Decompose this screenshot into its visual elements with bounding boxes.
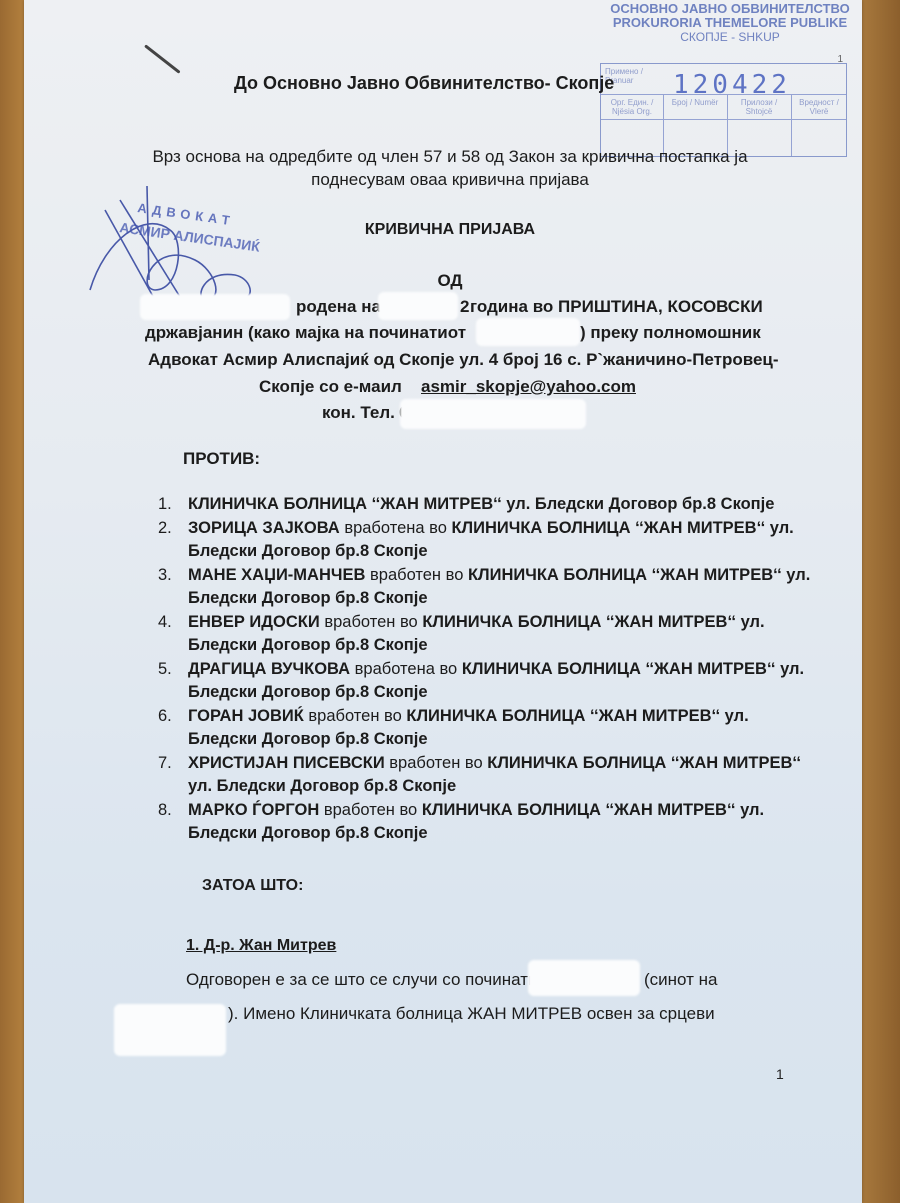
page-number: 1 xyxy=(776,1066,784,1082)
section-1-line-2: ). Имено Клиничката болница ЖАН МИТРЕВ о… xyxy=(228,1004,715,1024)
lawyer-address: Адвокат Асмир Алиспајиќ од Скопје ул. 4 … xyxy=(148,350,779,370)
defendant-name: МАНЕ ХАЏИ-МАНЧЕВ xyxy=(188,566,365,584)
redaction-parent-name xyxy=(114,1004,226,1056)
redaction-birthdate xyxy=(378,292,458,320)
complainant-relation: државјанин (како мајка на починатиот xyxy=(145,323,466,343)
email-prefix: Скопје со е-маил xyxy=(259,377,402,397)
section-1-line-1-end: (синот на xyxy=(644,970,717,990)
intro-line-2: поднесувам оваа кривична пријава xyxy=(0,170,900,190)
stamp-line-3: СКОПЈЕ - SHKUP xyxy=(600,30,860,44)
complainant-year-digit: 2 xyxy=(460,297,469,317)
list-item: 3. МАНЕ ХАЏИ-МАНЧЕВ вработен во КЛИНИЧКА… xyxy=(158,564,818,611)
defendant-name: ХРИСТИЈАН ПИСЕВСКИ xyxy=(188,754,385,772)
defendant-name: ГОРАН ЈОВИЌ xyxy=(188,707,304,725)
stamp-col-1: Орг. Един. / Njësia Org. xyxy=(603,98,661,116)
list-item: 7. ХРИСТИЈАН ПИСЕВСКИ вработен во КЛИНИЧ… xyxy=(158,752,818,799)
redaction-deceased-name xyxy=(476,318,580,346)
addressee: До Основно Јавно Обвинителство- Скопје xyxy=(234,73,614,94)
stamp-date: 120422 xyxy=(673,70,791,100)
against-label: ПРОТИВ: xyxy=(183,449,260,469)
prosecutor-stamp-header: ОСНОВНО ЈАВНО ОБВИНИТЕЛСТВО PROKURORIA T… xyxy=(600,2,860,44)
list-item: 4. ЕНВЕР ИДОСКИ вработен во КЛИНИЧКА БОЛ… xyxy=(158,611,818,658)
list-item: 1. КЛИНИЧКА БОЛНИЦА ‘‘ЖАН МИТРЕВ‘‘ ул. Б… xyxy=(158,493,818,517)
stamp-col-3: Прилози / Shtojcë xyxy=(729,98,789,116)
redaction-name xyxy=(140,294,290,320)
document-title: КРИВИЧНА ПРИЈАВА xyxy=(0,221,900,239)
defendant-name: ЗОРИЦА ЗАЈКОВА xyxy=(188,519,340,537)
list-item: 2. ЗОРИЦА ЗАЈКОВА вработена во КЛИНИЧКА … xyxy=(158,517,818,564)
stamp-col-4: Вредност / Vlerë xyxy=(793,98,845,116)
complainant-birthplace: година во ПРИШТИНА, КОСОВСКИ xyxy=(470,297,763,317)
email-link[interactable]: asmir_skopje@yahoo.com xyxy=(421,377,636,397)
received-stamp-box: 1 Примено / Pranuar 120422 Орг. Един. / … xyxy=(600,63,847,157)
redaction-phone xyxy=(400,399,586,429)
list-item: 5. ДРАГИЦА ВУЧКОВА вработена во КЛИНИЧКА… xyxy=(158,658,818,705)
because-label: ЗАТОА ШТО: xyxy=(202,877,303,895)
list-item: 8. МАРКО ЃОРГОН вработен во КЛИНИЧКА БОЛ… xyxy=(158,799,818,846)
defendant-name: КЛИНИЧКА БОЛНИЦА ‘‘ЖАН МИТРЕВ‘‘ ул. Блед… xyxy=(188,493,818,517)
intro-line-1: Врз основа на одредбите од член 57 и 58 … xyxy=(0,147,900,167)
complainant-born: родена на xyxy=(296,297,381,317)
defendants-list: 1. КЛИНИЧКА БОЛНИЦА ‘‘ЖАН МИТРЕВ‘‘ ул. Б… xyxy=(158,493,818,846)
list-item: 6. ГОРАН ЈОВИЌ вработен во КЛИНИЧКА БОЛН… xyxy=(158,705,818,752)
stamp-line-1: ОСНОВНО ЈАВНО ОБВИНИТЕЛСТВО xyxy=(600,2,860,16)
defendant-name: ЕНВЕР ИДОСКИ xyxy=(188,613,320,631)
stamp-line-2: PROKURORIA THEMELORE PUBLIKE xyxy=(600,16,860,30)
defendant-name: МАРКО ЃОРГОН xyxy=(188,801,319,819)
complainant-attorney: ) преку полномошник xyxy=(580,323,761,343)
redaction-deceased-name-2 xyxy=(528,960,640,996)
from-label: ОД xyxy=(0,271,900,291)
phone-label: кон. Тел. xyxy=(322,403,395,423)
section-1-line-1-start: Одговорен е за се што се случи со почина… xyxy=(186,970,554,990)
defendant-name: ДРАГИЦА ВУЧКОВА xyxy=(188,660,350,678)
section-1-heading: 1. Д-р. Жан Митрев xyxy=(186,937,336,955)
stamp-col-2: Број / Numër xyxy=(665,98,725,107)
stamp-corner-number: 1 xyxy=(837,54,843,65)
